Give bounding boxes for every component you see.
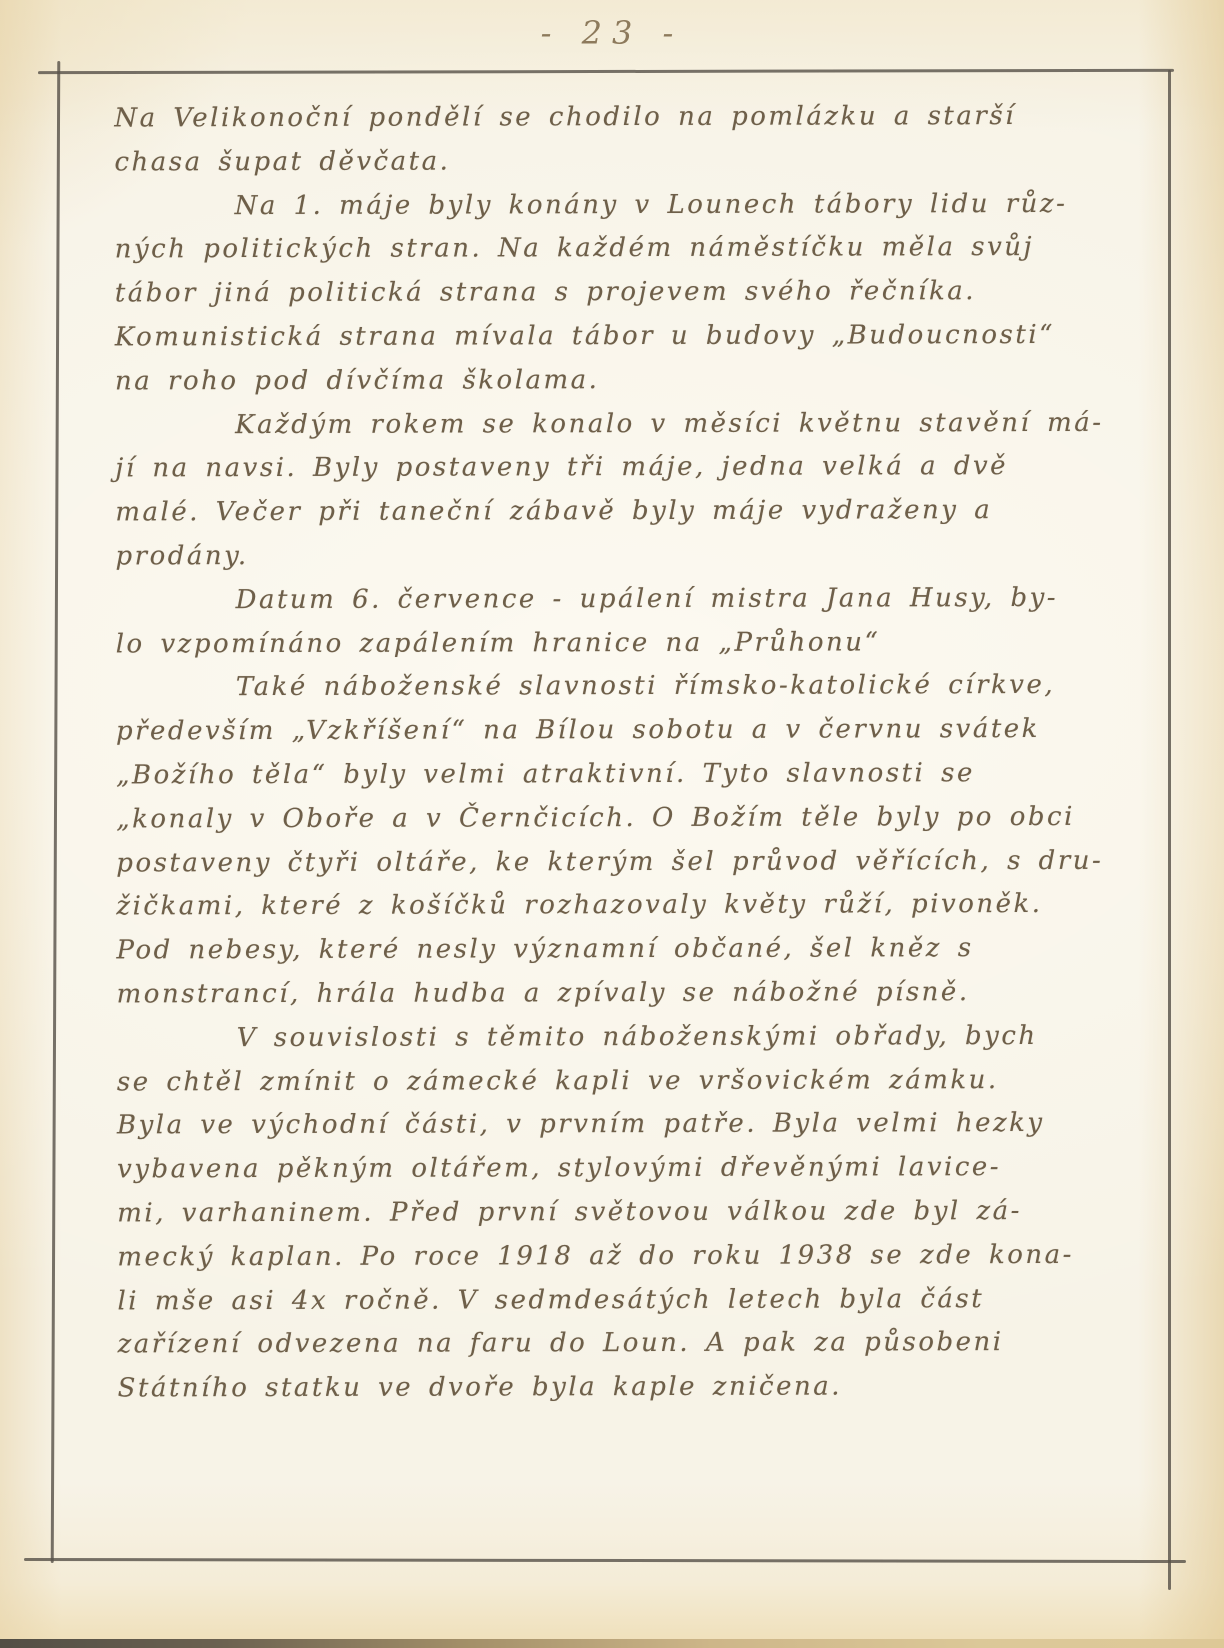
handwritten-line: jí na navsi. Byly postaveny tři máje, je… <box>115 445 1177 492</box>
handwritten-text-block: Na Velikonoční pondělí se chodilo na pom… <box>114 95 1179 1412</box>
handwritten-line: žičkami, které z košíčků rozhazovaly kvě… <box>116 883 1178 930</box>
handwritten-line: Státního statku ve dvoře byla kaple znič… <box>118 1365 1180 1412</box>
handwritten-line: chasa šupat děvčata. <box>114 138 1176 185</box>
handwritten-line: Na 1. máje byly konány v Lounech tábory … <box>115 182 1177 229</box>
scan-bottom-edge <box>0 1639 1224 1648</box>
handwritten-line: Datum 6. července - upálení mistra Jana … <box>116 576 1178 623</box>
manuscript-page: { "document": { "page_number": "- 23 -",… <box>0 0 1224 1648</box>
handwritten-line: na roho pod dívčíma školama. <box>115 357 1177 404</box>
handwritten-line: „konaly v Oboře a v Černčicích. O Božím … <box>116 795 1178 842</box>
handwritten-line: Také náboženské slavnosti římsko-katolic… <box>116 664 1178 711</box>
handwritten-line: prodány. <box>115 533 1177 580</box>
handwritten-line: se chtěl zmínit o zámecké kapli ve vršov… <box>117 1058 1179 1105</box>
frame-left-line <box>51 61 61 1563</box>
handwritten-line: Komunistická strana mívala tábor u budov… <box>115 314 1177 361</box>
handwritten-line: mecký kaplan. Po roce 1918 až do roku 19… <box>117 1233 1179 1280</box>
handwritten-line: ných politických stran. Na každém náměst… <box>115 226 1177 273</box>
handwritten-line: především „Vzkříšení“ na Bílou sobotu a … <box>116 708 1178 755</box>
handwritten-line: Pod nebesy, které nesly významní občané,… <box>116 927 1178 974</box>
handwritten-line: Byla ve východní části, v prvním patře. … <box>117 1102 1179 1149</box>
handwritten-line: mi, varhaninem. Před první světovou válk… <box>117 1190 1179 1237</box>
handwritten-line: Každým rokem se konalo v měsíci květnu s… <box>115 401 1177 448</box>
handwritten-line: postaveny čtyři oltáře, ke kterým šel pr… <box>116 839 1178 886</box>
handwritten-line: monstrancí, hrála hudba a zpívaly se náb… <box>117 971 1179 1018</box>
handwritten-line: zařízení odvezena na faru do Loun. A pak… <box>117 1321 1179 1368</box>
handwritten-line: vybavena pěkným oltářem, stylovými dřevě… <box>117 1146 1179 1193</box>
handwritten-line: tábor jiná politická strana s projevem s… <box>115 270 1177 317</box>
page-number: - 23 - <box>0 14 1224 52</box>
handwritten-line: malé. Večer při taneční zábavě byly máje… <box>115 489 1177 536</box>
handwritten-line: V souvislosti s těmito náboženskými obřa… <box>117 1014 1179 1061</box>
handwritten-line: „Božího těla“ byly velmi atraktivní. Tyt… <box>116 752 1178 799</box>
handwritten-line: li mše asi 4x ročně. V sedmdesátých lete… <box>117 1277 1179 1324</box>
handwritten-line: Na Velikonoční pondělí se chodilo na pom… <box>114 95 1176 142</box>
frame-bottom-line <box>24 1558 1186 1563</box>
handwritten-line: lo vzpomínáno zapálením hranice na „Průh… <box>116 620 1178 667</box>
frame-top-line <box>38 69 1174 74</box>
